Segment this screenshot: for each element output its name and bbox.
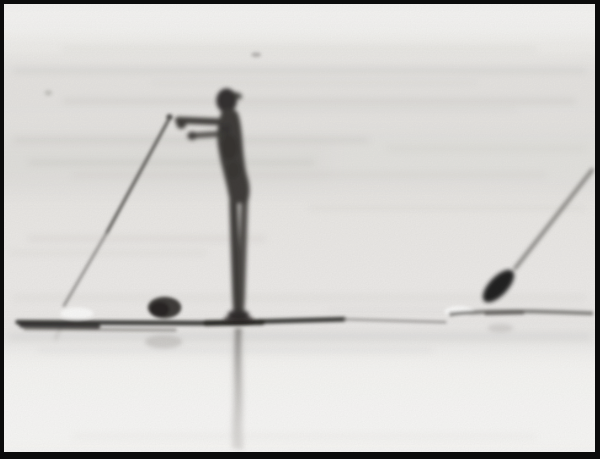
paddleboard-photo — [4, 4, 595, 452]
photo-frame — [0, 0, 600, 459]
photo-scene — [4, 4, 595, 452]
film-grain-overlay — [4, 4, 595, 452]
